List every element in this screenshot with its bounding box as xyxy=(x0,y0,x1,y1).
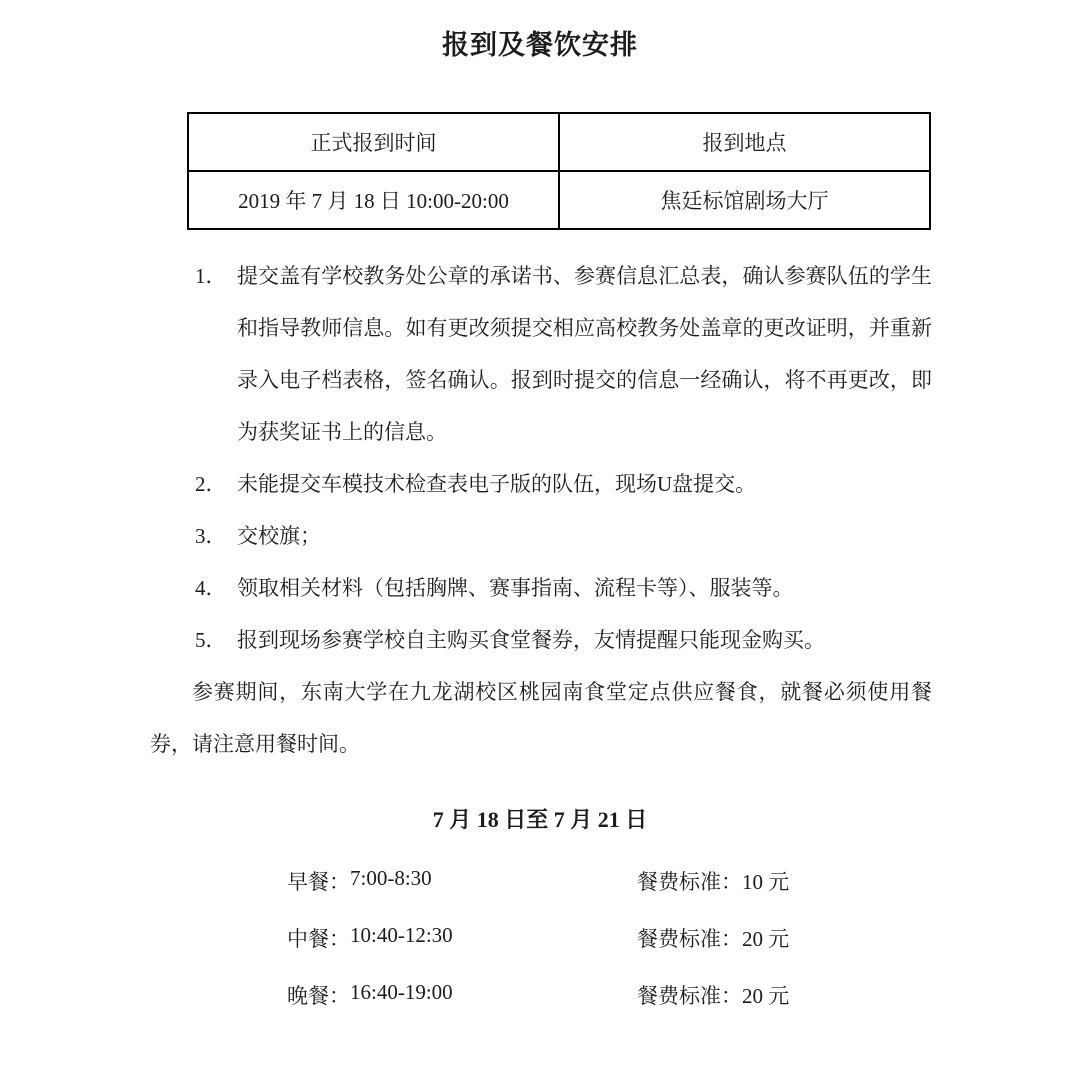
registration-time-value: 2019 年 7 月 18 日 10:00-20:00 xyxy=(188,171,559,229)
meal-time-group: 中餐： 10:40-12:30 xyxy=(287,923,637,953)
list-item-text: 提交盖有学校教务处公章的承诺书、参赛信息汇总表，确认参赛队伍的学生和指导教师信息… xyxy=(237,250,932,458)
list-item: 3． 交校旗； xyxy=(195,510,932,562)
registration-table: 正式报到时间 报到地点 2019 年 7 月 18 日 10:00-20:00 … xyxy=(187,112,931,230)
meal-row-dinner: 晚餐： 16:40-19:00 餐费标准：20 元 xyxy=(287,966,1080,1023)
meal-schedule: 早餐： 7:00-8:30 餐费标准：10 元 中餐： 10:40-12:30 … xyxy=(0,852,1080,1023)
meal-time: 10:40-12:30 xyxy=(350,923,453,953)
list-item-number: 5． xyxy=(195,614,237,666)
meal-label: 晚餐： xyxy=(287,980,350,1010)
list-item: 5． 报到现场参赛学校自主购买食堂餐券，友情提醒只能现金购买。 xyxy=(195,614,932,666)
meal-price: 餐费标准：20 元 xyxy=(637,980,789,1010)
meal-price: 餐费标准：10 元 xyxy=(637,866,789,896)
meal-time-group: 早餐： 7:00-8:30 xyxy=(287,866,637,896)
document-page: 报到及餐饮安排 正式报到时间 报到地点 2019 年 7 月 18 日 10:0… xyxy=(0,0,1080,1075)
meal-time: 7:00-8:30 xyxy=(350,866,432,896)
registration-time-header: 正式报到时间 xyxy=(188,113,559,171)
list-item-text: 报到现场参赛学校自主购买食堂餐券，友情提醒只能现金购买。 xyxy=(237,614,932,666)
dining-note: 参赛期间，东南大学在九龙湖校区桃园南食堂定点供应餐食，就餐必须使用餐券，请注意用… xyxy=(150,666,932,770)
document-title: 报到及餐饮安排 xyxy=(0,0,1080,62)
meal-row-breakfast: 早餐： 7:00-8:30 餐费标准：10 元 xyxy=(287,852,1080,909)
meal-row-lunch: 中餐： 10:40-12:30 餐费标准：20 元 xyxy=(287,909,1080,966)
list-item: 4． 领取相关材料（包括胸牌、赛事指南、流程卡等）、服装等。 xyxy=(195,562,932,614)
registration-table-header-row: 正式报到时间 报到地点 xyxy=(188,113,930,171)
list-item-number: 2． xyxy=(195,458,237,510)
registration-table-data-row: 2019 年 7 月 18 日 10:00-20:00 焦廷标馆剧场大厅 xyxy=(188,171,930,229)
registration-location-value: 焦廷标馆剧场大厅 xyxy=(559,171,930,229)
list-item: 2． 未能提交车模技术检查表电子版的队伍，现场U盘提交。 xyxy=(195,458,932,510)
meal-label: 早餐： xyxy=(287,866,350,896)
list-item-text: 未能提交车模技术检查表电子版的队伍，现场U盘提交。 xyxy=(237,458,932,510)
meal-time: 16:40-19:00 xyxy=(350,980,453,1010)
list-item-text: 领取相关材料（包括胸牌、赛事指南、流程卡等）、服装等。 xyxy=(237,562,932,614)
list-item-number: 3． xyxy=(195,510,237,562)
meal-label: 中餐： xyxy=(287,923,350,953)
meal-time-group: 晚餐： 16:40-19:00 xyxy=(287,980,637,1010)
list-item-number: 4． xyxy=(195,562,237,614)
list-item: 1． 提交盖有学校教务处公章的承诺书、参赛信息汇总表，确认参赛队伍的学生和指导教… xyxy=(195,250,932,458)
registration-checklist: 1． 提交盖有学校教务处公章的承诺书、参赛信息汇总表，确认参赛队伍的学生和指导教… xyxy=(195,250,932,666)
meal-price: 餐费标准：20 元 xyxy=(637,923,789,953)
meal-date-range: 7 月 18 日至 7 月 21 日 xyxy=(0,794,1080,846)
registration-location-header: 报到地点 xyxy=(559,113,930,171)
list-item-text: 交校旗； xyxy=(237,510,932,562)
list-item-number: 1． xyxy=(195,250,237,302)
